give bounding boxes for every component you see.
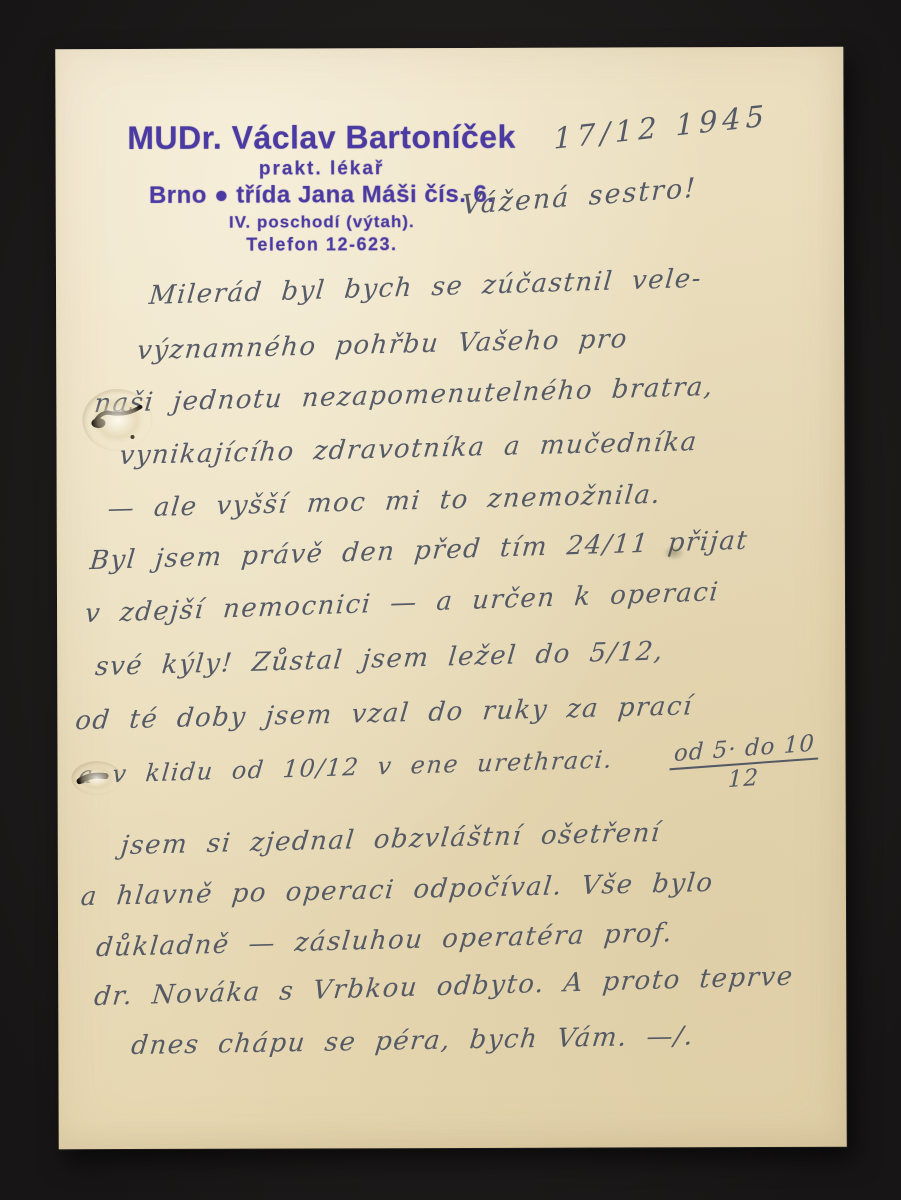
handwritten-date-fraction: od 5· do 10 12 xyxy=(669,730,820,797)
handwritten-date: 17/12 1945 xyxy=(554,98,769,156)
paper-tear-mark xyxy=(72,761,122,795)
handwritten-line: od té doby jsem vzal do ruky za prací xyxy=(74,691,694,736)
handwritten-line: — ale vyšší moc mi to znemožnila. xyxy=(106,480,662,524)
paper-speck xyxy=(130,435,134,439)
letterhead-doctor-name: MUDr. Václav Bartoníček xyxy=(113,120,529,157)
paper-crease xyxy=(82,389,152,451)
handwritten-line: dr. Nováka s Vrbkou odbyto. A proto tepr… xyxy=(93,962,795,1013)
letterhead-stamp: MUDr. Václav Bartoníček prakt. lékař Brn… xyxy=(113,120,529,255)
handwritten-line: Byl jsem právě den před tím 24/11 přijat xyxy=(89,526,750,577)
handwritten-line: a v klidu od 10/12 v ene urethraci. xyxy=(77,745,614,789)
handwritten-line: Milerád byl bych se zúčastnil vele- xyxy=(148,264,704,311)
handwritten-line: vynikajícího zdravotníka a mučedníka xyxy=(118,427,699,471)
letter-paper: MUDr. Václav Bartoníček prakt. lékař Brn… xyxy=(55,47,846,1149)
handwritten-line: dnes chápu se péra, bych Vám. —/. xyxy=(130,1021,696,1061)
scan-background: MUDr. Václav Bartoníček prakt. lékař Brn… xyxy=(0,0,901,1200)
letterhead-doctor-title: prakt. lékař xyxy=(114,158,530,181)
paper-crease xyxy=(72,761,122,795)
ink-smudge xyxy=(663,545,685,560)
handwritten-line: v zdejší nemocnici — a určen k operaci xyxy=(84,577,721,629)
handwritten-line: jsem si zjednal obzvláštní ošetření xyxy=(119,818,662,861)
handwritten-line: a hlavně po operaci odpočíval. Vše bylo xyxy=(79,868,715,912)
handwritten-line: své kýly! Zůstal jsem ležel do 5/12, xyxy=(94,636,665,682)
letter-body: Milerád byl bych se zúčastnil vele- význ… xyxy=(55,47,843,49)
handwritten-line: důkladně — zásluhou operatéra prof. xyxy=(95,918,675,963)
paper-tear-mark xyxy=(82,389,152,451)
letterhead-phone: Telefon 12-623. xyxy=(114,234,530,255)
handwritten-line: naši jednotu nezapomenutelného bratra, xyxy=(93,372,715,419)
handwritten-line: významného pohřbu Vašeho pro xyxy=(136,324,630,366)
